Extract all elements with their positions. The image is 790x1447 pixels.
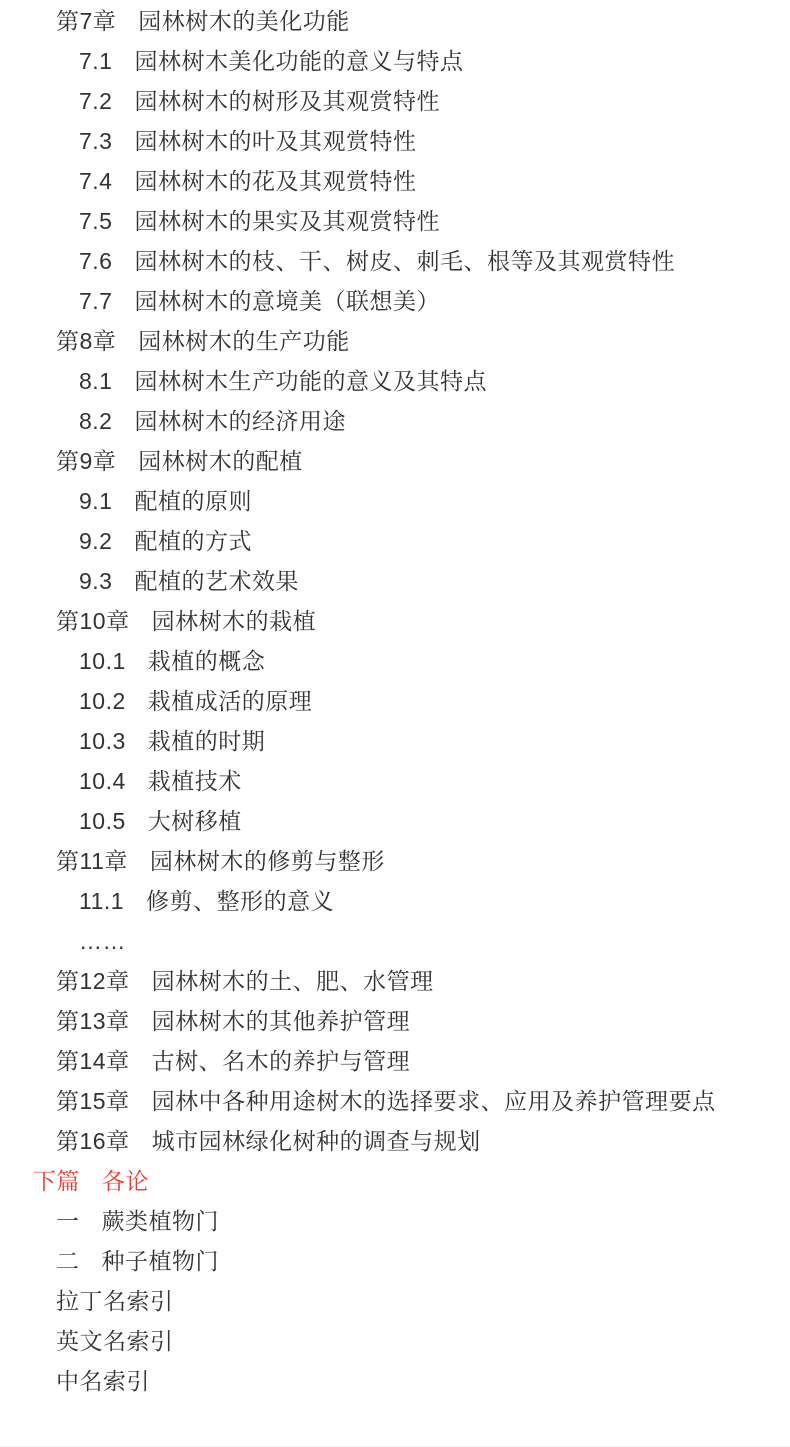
toc-row-title: 园林树木的生产功能	[138, 321, 350, 361]
toc-row-section-7-2: 7.2 园林树木的树形及其观赏特性	[0, 81, 790, 121]
toc-row-index-english: 英文名索引	[0, 1321, 790, 1361]
toc-row-label: 9.2	[79, 521, 112, 561]
toc-row-title: 修剪、整形的意义	[146, 881, 334, 921]
toc-row-part-2: 下篇 各论	[0, 1161, 790, 1201]
toc-row-label: 第15章	[56, 1081, 130, 1121]
book-toc-page: 第7章 园林树木的美化功能 7.1 园林树木美化功能的意义与特点 7.2 园林树…	[0, 0, 790, 1447]
toc-row-item-2: 二 种子植物门	[0, 1241, 790, 1281]
toc-row-title: 配植的方式	[134, 521, 252, 561]
toc-row-label: 第8章	[56, 321, 116, 361]
toc-row-label: 一	[56, 1201, 80, 1241]
toc-row-label: 8.2	[79, 401, 112, 441]
toc-row-index-chinese: 中名索引	[0, 1361, 790, 1401]
toc-row-title: 大树移植	[148, 801, 242, 841]
toc-row-title: 园林树木的配植	[138, 441, 303, 481]
toc-row-chapter-9: 第9章 园林树木的配植	[0, 441, 790, 481]
toc-row-label: 10.3	[79, 721, 126, 761]
toc-row-title: ……	[79, 921, 126, 961]
toc-row-title: 栽植技术	[148, 761, 242, 801]
toc-row-section-10-2: 10.2 栽植成活的原理	[0, 681, 790, 721]
toc-row-chapter-16: 第16章 城市园林绿化树种的调查与规划	[0, 1121, 790, 1161]
toc-row-section-10-4: 10.4 栽植技术	[0, 761, 790, 801]
toc-row-title: 蕨类植物门	[102, 1201, 220, 1241]
toc-row-label: 第14章	[56, 1041, 130, 1081]
toc-row-label: 下篇	[33, 1161, 80, 1201]
toc-row-chapter-12: 第12章 园林树木的土、肥、水管理	[0, 961, 790, 1001]
toc-row-section-7-5: 7.5 园林树木的果实及其观赏特性	[0, 201, 790, 241]
toc-row-label: 7.2	[79, 81, 112, 121]
toc-row-title: 栽植的时期	[148, 721, 266, 761]
toc-row-label: 7.1	[79, 41, 112, 81]
toc-row-label: 7.6	[79, 241, 112, 281]
toc-row-label: 第16章	[56, 1121, 130, 1161]
toc-row-label: 第10章	[56, 601, 130, 641]
toc-row-title: 园林树木的其他养护管理	[152, 1001, 411, 1041]
toc-row-label: 7.3	[79, 121, 112, 161]
toc-row-title: 英文名索引	[56, 1321, 174, 1361]
toc-row-title: 栽植成活的原理	[148, 681, 313, 721]
toc-row-chapter-11: 第11章 园林树木的修剪与整形	[0, 841, 790, 881]
toc-row-section-7-3: 7.3 园林树木的叶及其观赏特性	[0, 121, 790, 161]
toc-row-title: 园林树木的修剪与整形	[150, 841, 385, 881]
toc-row-section-10-3: 10.3 栽植的时期	[0, 721, 790, 761]
toc-row-chapter-10: 第10章 园林树木的栽植	[0, 601, 790, 641]
toc-row-section-7-6: 7.6 园林树木的枝、干、树皮、刺毛、根等及其观赏特性	[0, 241, 790, 281]
toc-row-title: 园林树木的栽植	[152, 601, 317, 641]
toc-row-section-9-1: 9.1 配植的原则	[0, 481, 790, 521]
toc-row-label: 10.4	[79, 761, 126, 801]
toc-row-title: 种子植物门	[102, 1241, 220, 1281]
toc-row-section-7-4: 7.4 园林树木的花及其观赏特性	[0, 161, 790, 201]
toc-row-title: 园林树木生产功能的意义及其特点	[134, 361, 487, 401]
toc-row-title: 古树、名木的养护与管理	[152, 1041, 411, 1081]
toc-row-title: 园林树木的枝、干、树皮、刺毛、根等及其观赏特性	[134, 241, 675, 281]
toc-row-title: 各论	[102, 1161, 149, 1201]
toc-row-label: 8.1	[79, 361, 112, 401]
toc-row-label: 9.3	[79, 561, 112, 601]
toc-row-title: 城市园林绿化树种的调查与规划	[152, 1121, 481, 1161]
toc-row-title: 中名索引	[56, 1361, 150, 1401]
toc-row-title: 配植的原则	[134, 481, 252, 521]
toc-row-label: 二	[56, 1241, 80, 1281]
toc-row-chapter-15: 第15章 园林中各种用途树木的选择要求、应用及养护管理要点	[0, 1081, 790, 1121]
toc-row-label: 7.5	[79, 201, 112, 241]
toc-row-label: 第9章	[56, 441, 116, 481]
toc-row-index-latin: 拉丁名索引	[0, 1281, 790, 1321]
toc-row-label: 第13章	[56, 1001, 130, 1041]
toc-row-label: 10.5	[79, 801, 126, 841]
toc-row-section-7-1: 7.1 园林树木美化功能的意义与特点	[0, 41, 790, 81]
toc-row-item-1: 一 蕨类植物门	[0, 1201, 790, 1241]
toc-row-label: 7.7	[79, 281, 112, 321]
toc-row-chapter-7: 第7章 园林树木的美化功能	[0, 1, 790, 41]
toc-row-chapter-14: 第14章 古树、名木的养护与管理	[0, 1041, 790, 1081]
toc-row-chapter-8: 第8章 园林树木的生产功能	[0, 321, 790, 361]
toc-row-title: 拉丁名索引	[56, 1281, 174, 1321]
toc-row-section-10-1: 10.1 栽植的概念	[0, 641, 790, 681]
toc-row-title: 园林树木的花及其观赏特性	[134, 161, 416, 201]
toc-row-section-8-1: 8.1 园林树木生产功能的意义及其特点	[0, 361, 790, 401]
toc-row-title: 园林树木的果实及其观赏特性	[134, 201, 440, 241]
toc-row-label: 第12章	[56, 961, 130, 1001]
toc-row-ellipsis: ……	[0, 921, 790, 961]
toc-row-label: 9.1	[79, 481, 112, 521]
toc-list: 第7章 园林树木的美化功能 7.1 园林树木美化功能的意义与特点 7.2 园林树…	[0, 0, 790, 1401]
toc-row-section-7-7: 7.7 园林树木的意境美（联想美）	[0, 281, 790, 321]
toc-row-label: 11.1	[79, 881, 124, 921]
toc-row-label: 第7章	[56, 1, 116, 41]
toc-row-title: 园林树木的意境美（联想美）	[134, 281, 440, 321]
toc-row-section-11-1: 11.1 修剪、整形的意义	[0, 881, 790, 921]
toc-row-section-8-2: 8.2 园林树木的经济用途	[0, 401, 790, 441]
toc-row-title: 园林树木的叶及其观赏特性	[134, 121, 416, 161]
toc-row-title: 园林树木的美化功能	[138, 1, 350, 41]
toc-row-section-10-5: 10.5 大树移植	[0, 801, 790, 841]
toc-row-title: 园林树木美化功能的意义与特点	[134, 41, 463, 81]
toc-row-title: 栽植的概念	[148, 641, 266, 681]
toc-row-title: 园林树木的经济用途	[134, 401, 346, 441]
toc-row-label: 10.1	[79, 641, 126, 681]
toc-row-chapter-13: 第13章 园林树木的其他养护管理	[0, 1001, 790, 1041]
toc-row-section-9-3: 9.3 配植的艺术效果	[0, 561, 790, 601]
toc-row-label: 7.4	[79, 161, 112, 201]
toc-row-title: 园林中各种用途树木的选择要求、应用及养护管理要点	[152, 1081, 716, 1121]
toc-row-label: 10.2	[79, 681, 126, 721]
toc-row-title: 园林树木的土、肥、水管理	[152, 961, 434, 1001]
toc-row-title: 园林树木的树形及其观赏特性	[134, 81, 440, 121]
toc-row-title: 配植的艺术效果	[134, 561, 299, 601]
toc-row-section-9-2: 9.2 配植的方式	[0, 521, 790, 561]
toc-row-label: 第11章	[56, 841, 128, 881]
